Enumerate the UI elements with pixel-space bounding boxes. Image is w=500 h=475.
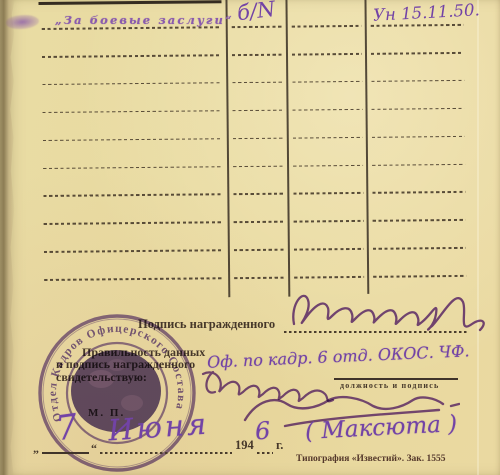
table-row-line <box>371 24 464 27</box>
award-name-stamp: „За боевые заслуги“ <box>55 13 234 27</box>
table-row-line <box>292 81 362 83</box>
table-row-line <box>373 219 466 222</box>
table-row-line <box>234 249 286 251</box>
table-row-line <box>42 82 221 85</box>
table-row-line <box>234 277 286 279</box>
table-row-line <box>43 110 222 113</box>
table-row-line <box>372 163 465 166</box>
document-page: „За боевые заслуги“ б/N Ун 15.11.50. Под… <box>0 0 500 475</box>
table-row-line <box>372 108 465 111</box>
table-row-line <box>232 26 284 28</box>
date-year-digit-handwritten: 6 <box>254 417 271 446</box>
table-row-line <box>292 25 362 27</box>
table-row-line <box>232 81 284 83</box>
table-row-line <box>43 194 222 197</box>
table-row-line <box>44 277 223 280</box>
table-row-line <box>293 136 363 138</box>
table-row-line <box>292 53 362 55</box>
table-row-line <box>372 136 465 139</box>
official-round-stamp: Отдел Кадров Офицерского Состава <box>31 307 203 475</box>
date-month-handwritten: Июня <box>107 407 210 448</box>
table-row-line <box>44 222 223 225</box>
table-row-line <box>233 165 285 167</box>
table-row-line <box>233 193 285 195</box>
table-row-line <box>294 220 364 222</box>
table-column-line <box>285 0 290 297</box>
table-row-line <box>293 164 363 166</box>
table-row-line <box>373 275 466 278</box>
table-row-line <box>43 166 222 169</box>
table-row-line <box>44 249 223 252</box>
table-row-line <box>294 248 364 250</box>
date-year-prefix: 194 <box>235 438 254 453</box>
table-row-line <box>371 52 464 55</box>
date-year-suffix: г. <box>276 438 283 453</box>
date-year-line <box>257 452 273 454</box>
position-signature-line <box>334 378 458 380</box>
table-top-border <box>38 0 221 4</box>
table-row-line <box>43 138 222 141</box>
table-row-line <box>42 54 221 57</box>
table-row-line <box>234 221 286 223</box>
table-column-line <box>225 0 230 297</box>
table-row-line <box>293 192 363 194</box>
table-column-line <box>364 0 369 294</box>
table-row-line <box>233 137 285 139</box>
table-row-line <box>293 109 363 111</box>
printer-imprint: Типография «Известий». Зак. 1555 <box>296 454 445 464</box>
table-row-line <box>232 54 284 56</box>
date-month-line <box>100 452 232 454</box>
date-day-line <box>42 452 89 454</box>
table-row-line <box>373 247 466 250</box>
date-open-quote: „ <box>33 441 39 456</box>
table-row-line <box>233 109 285 111</box>
date-close-quote: “ <box>91 441 97 456</box>
table-row-line <box>372 191 465 194</box>
table-row-line <box>371 80 464 83</box>
awardee-signature <box>280 280 495 340</box>
table-row-line <box>294 276 364 278</box>
